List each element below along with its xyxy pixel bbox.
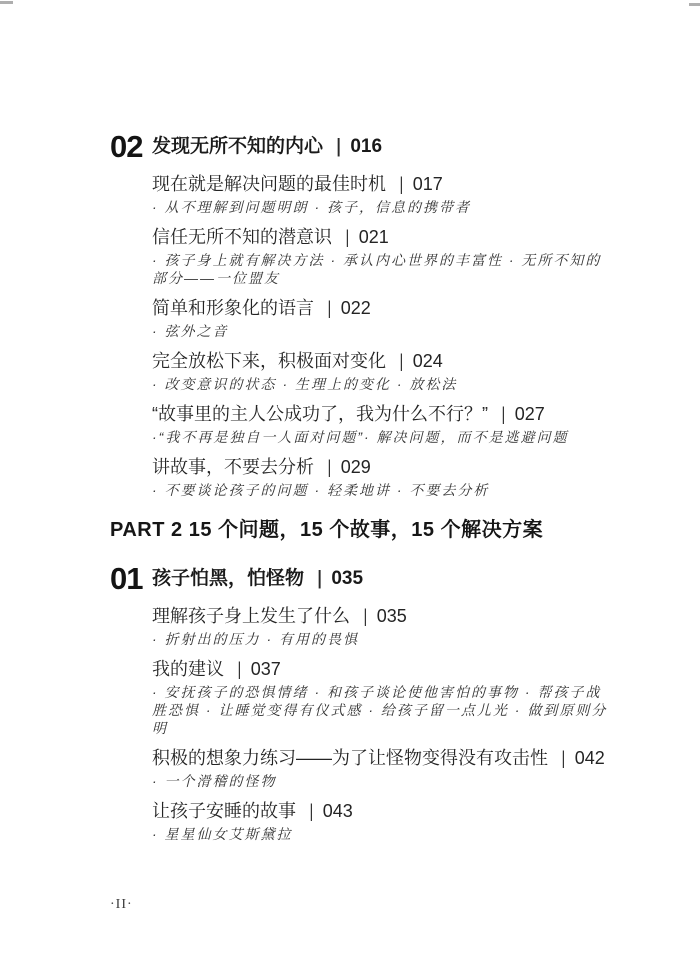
chapter-02-entries: 现在就是解决问题的最佳时机|017 · 从不理解到问题明朗 · 孩子，信息的携带…	[152, 174, 608, 499]
chapter-number: 01	[110, 563, 152, 595]
entry-notes: · 改变意识的状态 · 生理上的变化 · 放松法	[152, 375, 608, 393]
toc-entry: 让孩子安睡的故事|043 · 星星仙女艾斯黛拉	[152, 801, 608, 843]
entry-title-line: 我的建议|037	[152, 659, 608, 680]
entry-title: 积极的想象力练习——为了让怪物变得没有攻击性	[152, 748, 548, 768]
chapter-block-01: 01 孩子怕黑，怕怪物|035 理解孩子身上发生了什么|035 · 折射出的压力…	[110, 563, 608, 843]
entry-notes: ·“我不再是独自一人面对问题”· 解决问题，而不是逃避问题	[152, 428, 608, 446]
chapter-title: 发现无所不知的内心	[152, 136, 323, 157]
toc-entry: 理解孩子身上发生了什么|035 · 折射出的压力 · 有用的畏惧	[152, 606, 608, 648]
entry-page-number: 037	[251, 659, 281, 679]
entry-notes: · 一个滑稽的怪物	[152, 772, 608, 790]
entry-notes: · 不要谈论孩子的问题 · 轻柔地讲 · 不要去分析	[152, 481, 608, 499]
entry-title: 现在就是解决问题的最佳时机	[152, 174, 386, 194]
chapter-02-heading: 02 发现无所不知的内心|016	[110, 131, 608, 163]
chapter-01-heading: 01 孩子怕黑，怕怪物|035	[110, 563, 608, 595]
entry-title: 信任无所不知的潜意识	[152, 227, 332, 247]
chapter-number: 02	[110, 131, 152, 163]
entry-page-number: 024	[413, 351, 443, 371]
entry-title-line: 理解孩子身上发生了什么|035	[152, 606, 608, 627]
page-divider: |	[345, 227, 349, 248]
entry-title-line: 信任无所不知的潜意识|021	[152, 227, 608, 248]
entry-notes: · 星星仙女艾斯黛拉	[152, 825, 608, 843]
page-divider: |	[399, 351, 403, 372]
entry-notes: · 从不理解到问题明朗 · 孩子，信息的携带者	[152, 198, 608, 216]
toc-entry: 现在就是解决问题的最佳时机|017 · 从不理解到问题明朗 · 孩子，信息的携带…	[152, 174, 608, 216]
chapter-page-number: 016	[350, 136, 382, 157]
page-divider: |	[237, 659, 241, 680]
page-divider: |	[309, 801, 313, 822]
entry-page-number: 043	[323, 801, 353, 821]
entry-page-number: 029	[341, 457, 371, 477]
entry-page-number: 035	[377, 606, 407, 626]
page-divider: |	[501, 404, 505, 425]
chapter-title: 孩子怕黑，怕怪物	[152, 568, 304, 589]
entry-title: 简单和形象化的语言	[152, 298, 314, 318]
scan-artifact-top-left	[0, 1, 13, 4]
page-divider: |	[561, 748, 565, 769]
entry-page-number: 027	[515, 404, 545, 424]
scan-artifact-top-right	[689, 3, 700, 6]
entry-page-number: 042	[575, 748, 605, 768]
entry-title-line: 现在就是解决问题的最佳时机|017	[152, 174, 608, 195]
entry-title: “故事里的主人公成功了，我为什么不行？”	[152, 404, 488, 424]
entry-notes: · 折射出的压力 · 有用的畏惧	[152, 630, 608, 648]
chapter-title-line: 孩子怕黑，怕怪物|035	[152, 563, 363, 595]
entry-title: 理解孩子身上发生了什么	[152, 606, 350, 626]
entry-page-number: 021	[359, 227, 389, 247]
entry-notes: · 弦外之音	[152, 322, 608, 340]
page-divider: |	[337, 131, 341, 163]
page-divider: |	[318, 563, 322, 595]
entry-title: 完全放松下来，积极面对变化	[152, 351, 386, 371]
entry-title-line: “故事里的主人公成功了，我为什么不行？”|027	[152, 404, 608, 425]
entry-title-line: 积极的想象力练习——为了让怪物变得没有攻击性|042	[152, 748, 608, 769]
chapter-block-02: 02 发现无所不知的内心|016 现在就是解决问题的最佳时机|017 · 从不理…	[110, 131, 608, 499]
entry-title-line: 让孩子安睡的故事|043	[152, 801, 608, 822]
entry-page-number: 022	[341, 298, 371, 318]
part-2-heading: PART 2 15 个问题，15 个故事，15 个解决方案	[110, 516, 608, 544]
entry-title-line: 简单和形象化的语言|022	[152, 298, 608, 319]
entry-title-line: 完全放松下来，积极面对变化|024	[152, 351, 608, 372]
chapter-page-number: 035	[331, 568, 363, 589]
page-divider: |	[363, 606, 367, 627]
book-page: 02 发现无所不知的内心|016 现在就是解决问题的最佳时机|017 · 从不理…	[0, 0, 700, 967]
page-divider: |	[399, 174, 403, 195]
page-number-footer: ·II·	[110, 897, 133, 913]
entry-title: 让孩子安睡的故事	[152, 801, 296, 821]
toc-entry: 我的建议|037 · 安抚孩子的恐惧情绪 · 和孩子谈论使他害怕的事物 · 帮孩…	[152, 659, 608, 737]
toc-entry: 简单和形象化的语言|022 · 弦外之音	[152, 298, 608, 340]
chapter-title-line: 发现无所不知的内心|016	[152, 131, 382, 163]
entry-notes: · 安抚孩子的恐惧情绪 · 和孩子谈论使他害怕的事物 · 帮孩子战胜恐惧 · 让…	[152, 683, 608, 737]
page-divider: |	[327, 457, 331, 478]
entry-page-number: 017	[413, 174, 443, 194]
toc-entry: 信任无所不知的潜意识|021 · 孩子身上就有解决方法 · 承认内心世界的丰富性…	[152, 227, 608, 287]
toc-entry: 讲故事，不要去分析|029 · 不要谈论孩子的问题 · 轻柔地讲 · 不要去分析	[152, 457, 608, 499]
entry-notes: · 孩子身上就有解决方法 · 承认内心世界的丰富性 · 无所不知的部分——一位盟…	[152, 251, 608, 287]
entry-title: 我的建议	[152, 659, 224, 679]
toc-entry: “故事里的主人公成功了，我为什么不行？”|027 ·“我不再是独自一人面对问题”…	[152, 404, 608, 446]
toc-entry: 积极的想象力练习——为了让怪物变得没有攻击性|042 · 一个滑稽的怪物	[152, 748, 608, 790]
entry-title-line: 讲故事，不要去分析|029	[152, 457, 608, 478]
entry-title: 讲故事，不要去分析	[152, 457, 314, 477]
table-of-contents: 02 发现无所不知的内心|016 现在就是解决问题的最佳时机|017 · 从不理…	[110, 131, 608, 843]
toc-entry: 完全放松下来，积极面对变化|024 · 改变意识的状态 · 生理上的变化 · 放…	[152, 351, 608, 393]
page-divider: |	[327, 298, 331, 319]
chapter-01-entries: 理解孩子身上发生了什么|035 · 折射出的压力 · 有用的畏惧 我的建议|03…	[152, 606, 608, 843]
